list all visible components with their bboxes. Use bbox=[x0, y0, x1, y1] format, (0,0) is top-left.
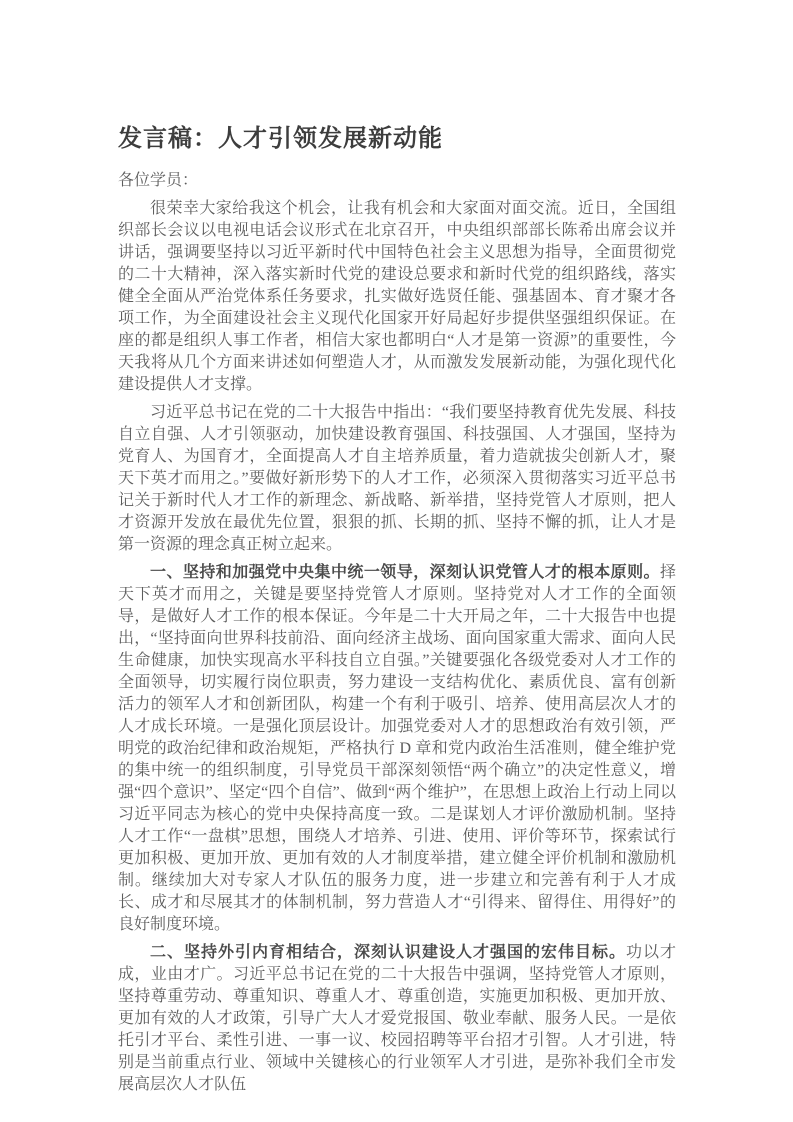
page-title: 发言稿：人才引领发展新动能 bbox=[118, 123, 676, 154]
salutation: 各位学员： bbox=[118, 170, 676, 192]
document-page: 发言稿：人才引领发展新动能 各位学员： 很荣幸大家给我这个机会，让我有机会和大家… bbox=[0, 0, 793, 1122]
paragraph-text: 习近平总书记在党的二十大报告中指出：“我们要坚持教育优先发展、科技自立自强、人才… bbox=[118, 404, 676, 553]
section-2-heading: 二、坚持外引内育相结合，深刻认识建设人才强国的宏伟目标。 bbox=[150, 944, 626, 961]
paragraph-text: 很荣幸大家给我这个机会，让我有机会和大家面对面交流。近日，全国组织部长会议以电视… bbox=[118, 200, 676, 393]
paragraph-quote: 习近平总书记在党的二十大报告中指出：“我们要坚持教育优先发展、科技自立自强、人才… bbox=[118, 402, 676, 556]
paragraph-section-2: 二、坚持外引内育相结合，深刻认识建设人才强国的宏伟目标。功以才成，业由才广。习近… bbox=[118, 942, 676, 1096]
paragraph-text: 择天下英才而用之，关键是要坚持党管人才原则。坚持党对人才工作的全面领导，是做好人… bbox=[118, 564, 676, 933]
section-1-heading: 一、坚持和加强党中央集中统一领导，深刻认识党管人才的根本原则。 bbox=[150, 564, 660, 581]
paragraph-section-1: 一、坚持和加强党中央集中统一领导，深刻认识党管人才的根本原则。择天下英才而用之，… bbox=[118, 562, 676, 936]
paragraph-text: 功以才成，业由才广。习近平总书记在党的二十大报告中强调，坚持党管人才原则，坚持尊… bbox=[118, 944, 676, 1093]
paragraph-intro: 很荣幸大家给我这个机会，让我有机会和大家面对面交流。近日，全国组织部长会议以电视… bbox=[118, 198, 676, 396]
